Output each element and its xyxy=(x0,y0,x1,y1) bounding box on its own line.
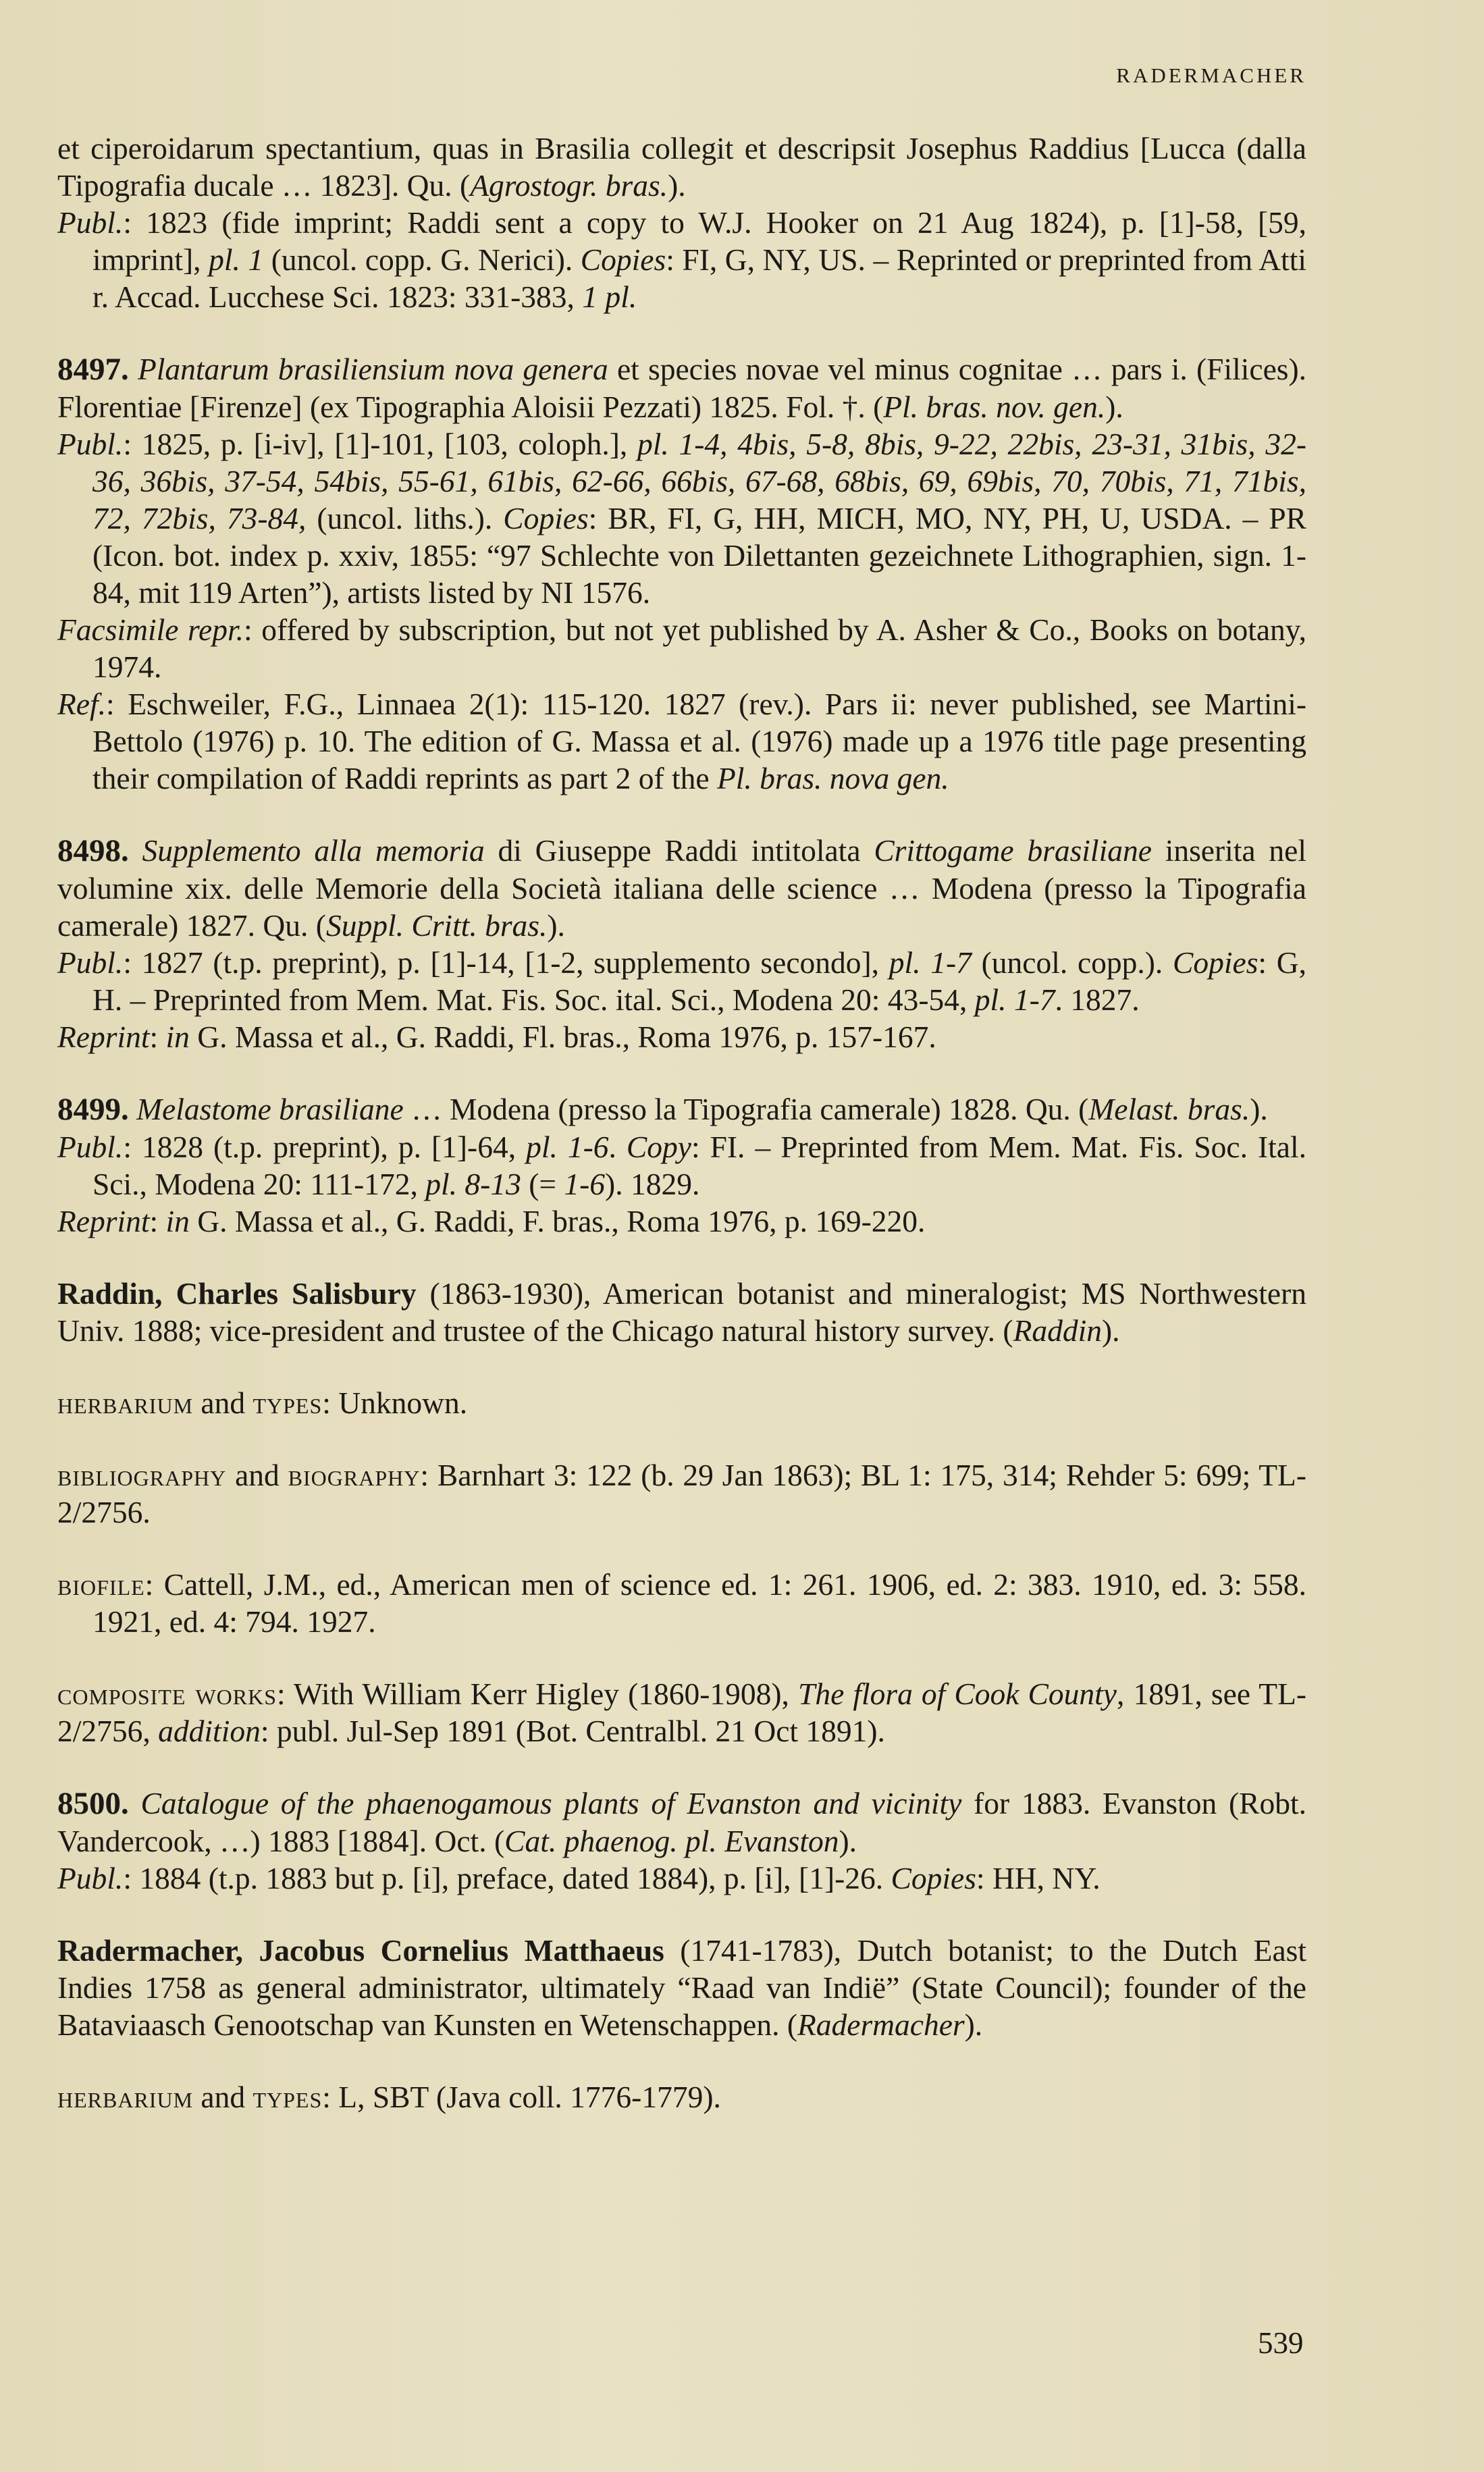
publ-label: Publ. xyxy=(57,945,123,980)
bibliography-biography: bibliography and biography: Barnhart 3: … xyxy=(57,1456,1306,1531)
entry-8498: 8498. Supplemento alla memoria di Giusep… xyxy=(57,832,1306,1055)
author-bio: Raddin, Charles Salisbury (1863-1930), A… xyxy=(57,1275,1306,1349)
reprint-note: Reprint: in G. Massa et al., G. Raddi, F… xyxy=(57,1018,1306,1055)
author-name: Radermacher, Jacobus Cornelius Matthaeus xyxy=(57,1933,664,1968)
reference-note: Ref.: Eschweiler, F.G., Linnaea 2(1): 11… xyxy=(57,685,1306,797)
continuation-title: et ciperoidarum spectantium, quas in Bra… xyxy=(57,130,1306,204)
composite-works: composite works: With William Kerr Higle… xyxy=(57,1675,1306,1750)
author-abbreviation: Radermacher xyxy=(797,2007,965,2042)
page-number: 539 xyxy=(1258,2326,1304,2360)
entry-number: 8499. xyxy=(57,1092,129,1127)
author-radermacher: Radermacher, Jacobus Cornelius Matthaeus… xyxy=(57,1932,1306,2115)
entry-continuation: et ciperoidarum spectantium, quas in Bra… xyxy=(57,130,1306,315)
publication-details: Publ.: 1884 (t.p. 1883 but p. [i], prefa… xyxy=(57,1860,1306,1897)
publication-details: Publ.: 1828 (t.p. preprint), p. [1]-64, … xyxy=(57,1128,1306,1203)
copies-label: Copies xyxy=(1173,945,1258,980)
copies-label: Copies xyxy=(503,501,588,535)
running-head: RADERMACHER xyxy=(57,62,1306,89)
publication-details: Publ.: 1825, p. [i-iv], [1]-101, [103, c… xyxy=(57,425,1306,611)
entry-8500: 8500. Catalogue of the phaenogamous plan… xyxy=(57,1785,1306,1897)
entry-number: 8497. xyxy=(57,352,129,387)
entry-title: 8498. Supplemento alla memoria di Giusep… xyxy=(57,832,1306,944)
entry-title: 8497. Plantarum brasiliensium nova gener… xyxy=(57,350,1306,425)
title-abbreviation: Pl. bras. nov. gen. xyxy=(883,390,1105,424)
reprint-label: Reprint xyxy=(57,1204,149,1238)
copy-label: Copy xyxy=(627,1130,691,1164)
title-italic: Catalogue of the phaenogamous plants of … xyxy=(140,1786,961,1820)
author-name: Raddin, Charles Salisbury xyxy=(57,1276,417,1311)
reprint-note: Reprint: in G. Massa et al., G. Raddi, F… xyxy=(57,1203,1306,1240)
title-italic: Melastome brasiliane xyxy=(136,1092,404,1126)
book-page: RADERMACHER et ciperoidarum spectantium,… xyxy=(57,62,1306,2115)
title-abbreviation: Suppl. Critt. bras. xyxy=(326,908,547,943)
publ-label: Publ. xyxy=(57,1130,123,1164)
biofile: biofile: Cattell, J.M., ed., American me… xyxy=(57,1566,1306,1640)
ref-label: Ref. xyxy=(57,687,106,721)
publ-label: Publ. xyxy=(57,205,123,240)
herbarium-types: herbarium and types: L, SBT (Java coll. … xyxy=(57,2078,1306,2115)
publ-label: Publ. xyxy=(57,427,123,461)
facsimile-label: Facsimile repr. xyxy=(57,612,244,647)
facsimile-note: Facsimile repr.: offered by subscription… xyxy=(57,611,1306,685)
copies-label: Copies xyxy=(891,1861,976,1895)
entry-title: 8500. Catalogue of the phaenogamous plan… xyxy=(57,1785,1306,1860)
entry-number: 8498. xyxy=(57,833,129,868)
author-abbreviation: Raddin xyxy=(1013,1313,1102,1348)
title-abbreviation: Cat. phaenog. pl. Evanston xyxy=(504,1824,839,1858)
author-raddin: Raddin, Charles Salisbury (1863-1930), A… xyxy=(57,1275,1306,1750)
publication-details: Publ.: 1823 (fide imprint; Raddi sent a … xyxy=(57,204,1306,315)
author-bio: Radermacher, Jacobus Cornelius Matthaeus… xyxy=(57,1932,1306,2043)
reprint-label: Reprint xyxy=(57,1020,149,1054)
title-italic: Plantarum brasiliensium nova genera xyxy=(138,352,608,386)
title-abbreviation: Melast. bras. xyxy=(1088,1092,1250,1126)
title-italic: Supplemento alla memoria xyxy=(142,833,485,868)
herbarium-types: herbarium and types: Unknown. xyxy=(57,1384,1306,1421)
copies-label: Copies xyxy=(581,242,666,277)
entry-8497: 8497. Plantarum brasiliensium nova gener… xyxy=(57,350,1306,797)
entry-number: 8500. xyxy=(57,1786,129,1821)
publ-label: Publ. xyxy=(57,1861,123,1895)
entry-8499: 8499. Melastome brasiliane … Modena (pre… xyxy=(57,1090,1306,1240)
entry-title: 8499. Melastome brasiliane … Modena (pre… xyxy=(57,1090,1306,1128)
title-abbreviation: Agrostogr. bras. xyxy=(470,168,668,203)
publication-details: Publ.: 1827 (t.p. preprint), p. [1]-14, … xyxy=(57,944,1306,1018)
